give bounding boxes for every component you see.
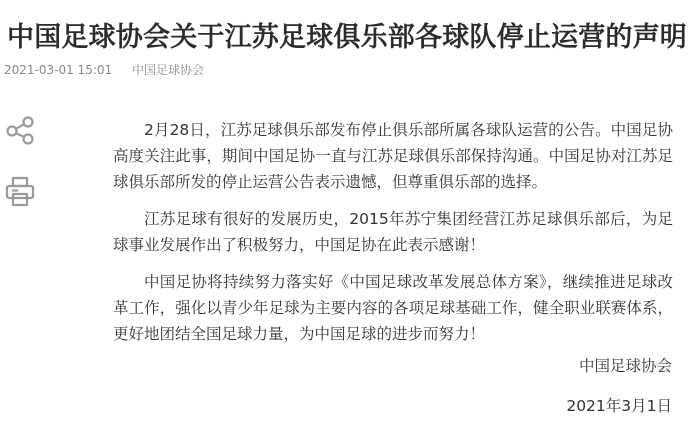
publish-datetime: 2021-03-01 15:01	[4, 63, 112, 77]
article-source[interactable]: 中国足球协会	[132, 63, 204, 77]
article-meta: 2021-03-01 15:01 中国足球协会	[4, 62, 204, 78]
article-title: 中国足球协会关于江苏足球俱乐部各球队停止运营的声明	[7, 21, 687, 55]
signature-date: 2021年3月1日	[566, 394, 672, 416]
article-paragraph: 中国足协将持续努力落实好《中国足球改革发展总体方案》，继续推进足球改革工作，强化…	[113, 269, 673, 347]
share-icon	[4, 112, 36, 146]
printer-icon	[4, 174, 36, 208]
share-button[interactable]	[4, 112, 36, 146]
article-paragraph: 江苏足球有很好的发展历史，2015年苏宁集团经营江苏足球俱乐部后，为足球事业发展…	[113, 206, 673, 258]
article-paragraph: 2月28日，江苏足球俱乐部发布停止俱乐部所属各球队运营的公告。中国足协高度关注此…	[113, 117, 673, 195]
side-toolbar	[4, 112, 36, 208]
article-body: 2月28日，江苏足球俱乐部发布停止俱乐部所属各球队运营的公告。中国足协高度关注此…	[113, 117, 673, 358]
print-button[interactable]	[4, 174, 36, 208]
signature-organization: 中国足球协会	[579, 354, 672, 376]
